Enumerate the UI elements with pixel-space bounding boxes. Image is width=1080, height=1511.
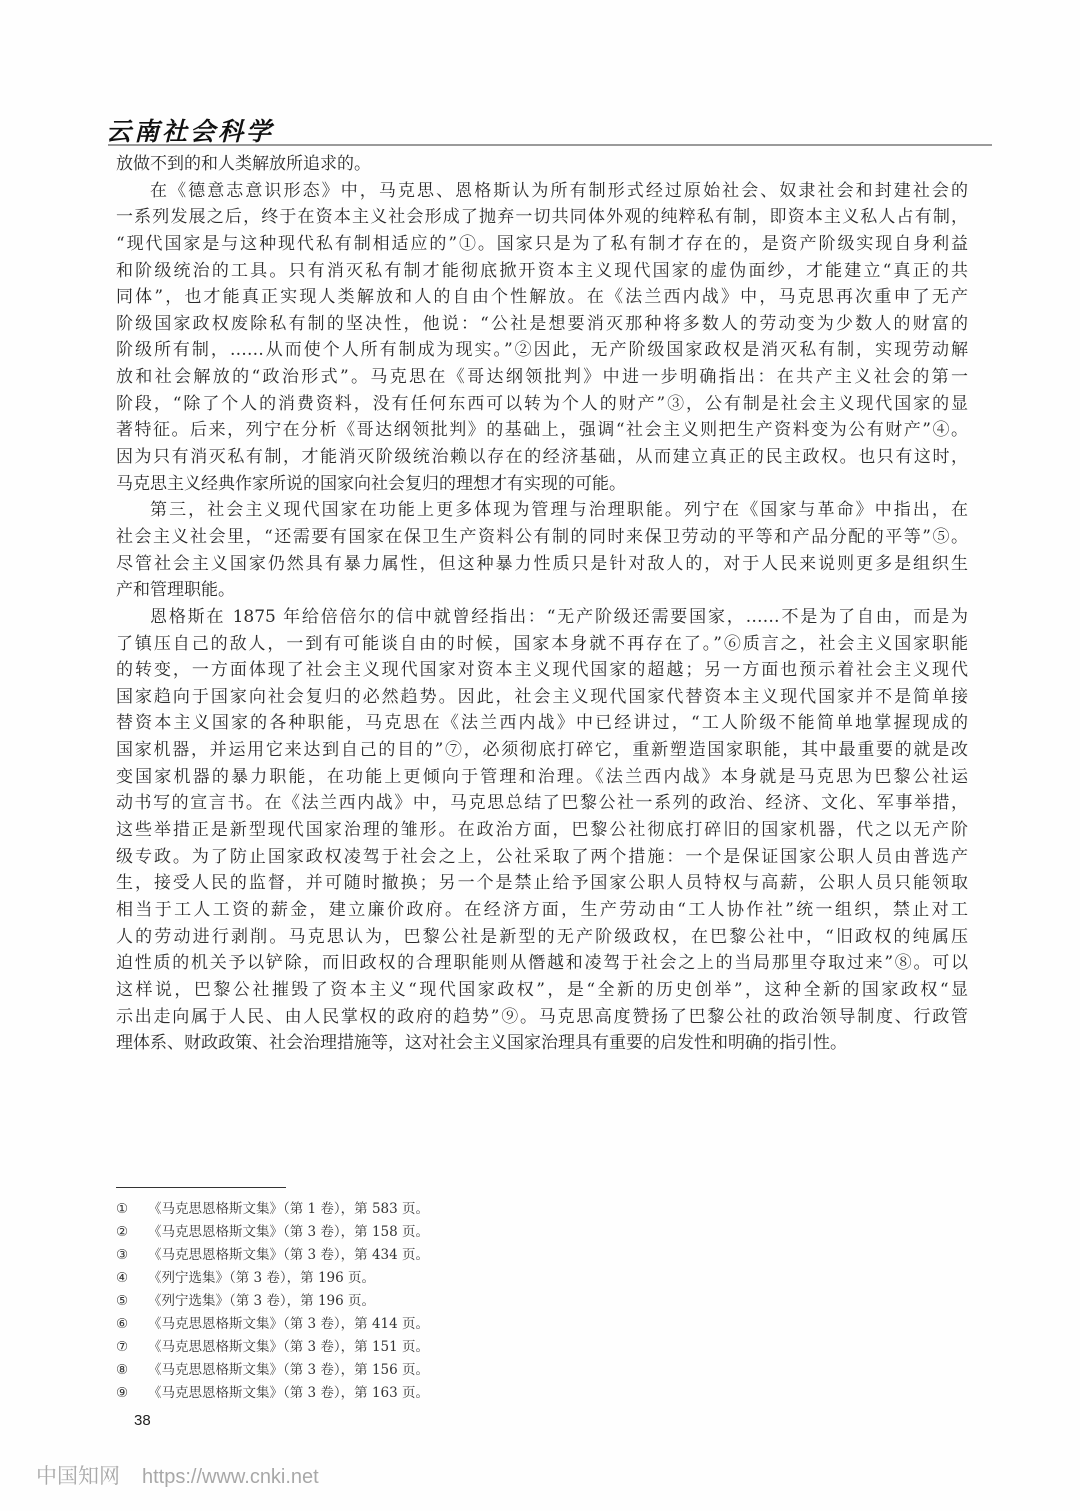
body-line: 因为只有消灭私有制，才能消灭阶级统治赖以存在的经济基础，从而建立真正的民主政权。…: [116, 444, 968, 471]
body-line: 理体系、财政政策、社会治理措施等，这对社会主义国家治理具有重要的启发性和明确的指…: [116, 1030, 968, 1057]
body-line: 变国家机器的暴力职能，在功能上更倾向于管理和治理。《法兰西内战》本身就是马克思为…: [116, 764, 968, 791]
body-line: 同体”，也才能真正实现人类解放和人的自由个性解放。在《法兰西内战》中，马克思再次…: [116, 284, 968, 311]
footnote-marker: ⑨: [116, 1382, 148, 1405]
body-line: 国家机器，并运用它来达到自己的目的”⑦，必须彻底打碎它，重新塑造国家职能，其中最…: [116, 737, 968, 764]
footnote-marker: ④: [116, 1267, 148, 1290]
footnote-item: ⑨《马克思恩格斯文集》（第 3 卷），第 163 页。: [116, 1382, 429, 1405]
body-line: 国家趋向于国家向社会复归的必然趋势。因此，社会主义现代国家代替资本主义现代国家并…: [116, 684, 968, 711]
body-line: 生，接受人民的监督，并可随时撤换；另一个是禁止给予国家公职人员特权与高薪，公职人…: [116, 870, 968, 897]
body-line: 迫性质的机关予以铲除，而旧政权的合理职能则从僭越和凌驾于社会之上的当局那里夺取过…: [116, 950, 968, 977]
footnote-marker: ②: [116, 1221, 148, 1244]
body-line: 相当于工人工资的薪金，建立廉价政府。在经济方面，生产劳动由“工人协作社”统一组织…: [116, 897, 968, 924]
body-line: 阶段，“除了个人的消费资料，没有任何东西可以转为个人的财产”③，公有制是社会主义…: [116, 391, 968, 418]
body-line: 尽管社会主义国家仍然具有暴力属性，但这种暴力性质只是针对敌人的，对于人民来说则更…: [116, 551, 968, 578]
footnote-item: ①《马克思恩格斯文集》（第 1 卷），第 583 页。: [116, 1198, 429, 1221]
footnote-marker: ⑤: [116, 1290, 148, 1313]
body-line: 放做不到的和人类解放所追求的。: [116, 151, 968, 178]
footnote-text: 《马克思恩格斯文集》（第 3 卷），第 414 页。: [148, 1316, 429, 1332]
footnote-marker: ⑦: [116, 1336, 148, 1359]
footnote-text: 《马克思恩格斯文集》（第 1 卷），第 583 页。: [148, 1201, 429, 1217]
page-number: 38: [134, 1412, 151, 1429]
footnote-item: ⑥《马克思恩格斯文集》（第 3 卷），第 414 页。: [116, 1313, 429, 1336]
footnote-item: ⑤《列宁选集》（第 3 卷），第 196 页。: [116, 1290, 429, 1313]
footnote-item: ⑧《马克思恩格斯文集》（第 3 卷），第 156 页。: [116, 1359, 429, 1382]
article-body: 放做不到的和人类解放所追求的。 在《德意志意识形态》中，马克思、恩格斯认为所有制…: [116, 151, 968, 1057]
body-line: 阶级国家政权废除私有制的坚决性，他说：“公社是想要消灭那种将多数人的劳动变为少数…: [116, 311, 968, 338]
body-line: 放和社会解放的“政治形式”。马克思在《哥达纲领批判》中进一步明确指出：在共产主义…: [116, 364, 968, 391]
footnote-text: 《马克思恩格斯文集》（第 3 卷），第 163 页。: [148, 1385, 429, 1401]
footnote-text: 《马克思恩格斯文集》（第 3 卷），第 156 页。: [148, 1362, 429, 1378]
footnote-marker: ⑧: [116, 1359, 148, 1382]
watermark-url: https://www.cnki.net: [142, 1466, 319, 1488]
body-line: 一系列发展之后，终于在资本主义社会形成了抛弃一切共同体外观的纯粹私有制，即资本主…: [116, 204, 968, 231]
body-line: 在《德意志意识形态》中，马克思、恩格斯认为所有制形式经过原始社会、奴隶社会和封建…: [116, 178, 968, 205]
watermark: 中国知网https://www.cnki.net: [36, 1460, 319, 1490]
body-line: 著特征。后来，列宁在分析《哥达纲领批判》的基础上，强调“社会主义则把生产资料变为…: [116, 417, 968, 444]
footnote-text: 《马克思恩格斯文集》（第 3 卷），第 434 页。: [148, 1247, 429, 1263]
footnote-text: 《列宁选集》（第 3 卷），第 196 页。: [148, 1270, 375, 1286]
body-line: 这些举措正是新型现代国家治理的雏形。在政治方面，巴黎公社彻底打碎旧的国家机器，代…: [116, 817, 968, 844]
watermark-brand: 中国知网: [36, 1465, 120, 1488]
footnote-item: ③《马克思恩格斯文集》（第 3 卷），第 434 页。: [116, 1244, 429, 1267]
footnote-rule: [116, 1187, 286, 1188]
body-line: 了镇压自己的敌人，一到有可能谈自由的时候，国家本身就不再存在了。”⑥质言之，社会…: [116, 631, 968, 658]
body-line: 社会主义社会里，“还需要有国家在保卫生产资料公有制的同时来保卫劳动的平等和产品分…: [116, 524, 968, 551]
body-line: 产和管理职能。: [116, 577, 968, 604]
footnote-text: 《马克思恩格斯文集》（第 3 卷），第 151 页。: [148, 1339, 429, 1355]
footnote-marker: ⑥: [116, 1313, 148, 1336]
body-line: “现代国家是与这种现代私有制相适应的”①。国家只是为了私有制才存在的，是资产阶级…: [116, 231, 968, 258]
footnote-item: ④《列宁选集》（第 3 卷），第 196 页。: [116, 1267, 429, 1290]
footnote-marker: ③: [116, 1244, 148, 1267]
body-line: 的转变，一方面体现了社会主义现代国家对资本主义现代国家的超越；另一方面也预示着社…: [116, 657, 968, 684]
footnote-item: ⑦《马克思恩格斯文集》（第 3 卷），第 151 页。: [116, 1336, 429, 1359]
body-line: 恩格斯在 1875 年给倍倍尔的信中就曾经指出：“无产阶级还需要国家，……不是为…: [116, 604, 968, 631]
footnotes: ①《马克思恩格斯文集》（第 1 卷），第 583 页。 ②《马克思恩格斯文集》（…: [116, 1198, 429, 1405]
footnote-marker: ①: [116, 1198, 148, 1221]
body-line: 替资本主义国家的各种职能，马克思在《法兰西内战》中已经讲过，“工人阶级不能简单地…: [116, 710, 968, 737]
body-line: 示出走向属于人民、由人民掌权的政府的趋势”⑨。马克思高度赞扬了巴黎公社的政治领导…: [116, 1004, 968, 1031]
body-line: 马克思主义经典作家所说的国家向社会复归的理想才有实现的可能。: [116, 471, 968, 498]
body-line: 人的劳动进行剥削。马克思认为，巴黎公社是新型的无产阶级政权，在巴黎公社中，“旧政…: [116, 924, 968, 951]
body-line: 这样说，巴黎公社摧毁了资本主义“现代国家政权”，是“全新的历史创举”，这种全新的…: [116, 977, 968, 1004]
footnote-text: 《列宁选集》（第 3 卷），第 196 页。: [148, 1293, 375, 1309]
journal-title: 云南社会科学: [106, 112, 274, 148]
footnote-item: ②《马克思恩格斯文集》（第 3 卷），第 158 页。: [116, 1221, 429, 1244]
body-line: 动书写的宣言书。在《法兰西内战》中，马克思总结了巴黎公社一系列的政治、经济、文化…: [116, 790, 968, 817]
footnote-text: 《马克思恩格斯文集》（第 3 卷），第 158 页。: [148, 1224, 429, 1240]
body-line: 第三，社会主义现代国家在功能上更多体现为管理与治理职能。列宁在《国家与革命》中指…: [116, 497, 968, 524]
body-line: 和阶级统治的工具。只有消灭私有制才能彻底掀开资本主义现代国家的虚伪面纱，才能建立…: [116, 258, 968, 285]
body-line: 级专政。为了防止国家政权凌驾于社会之上，公社采取了两个措施：一个是保证国家公职人…: [116, 844, 968, 871]
body-line: 阶级所有制，……从而使个人所有制成为现实。”②因此，无产阶级国家政权是消灭私有制…: [116, 337, 968, 364]
header-rule: [108, 144, 992, 146]
